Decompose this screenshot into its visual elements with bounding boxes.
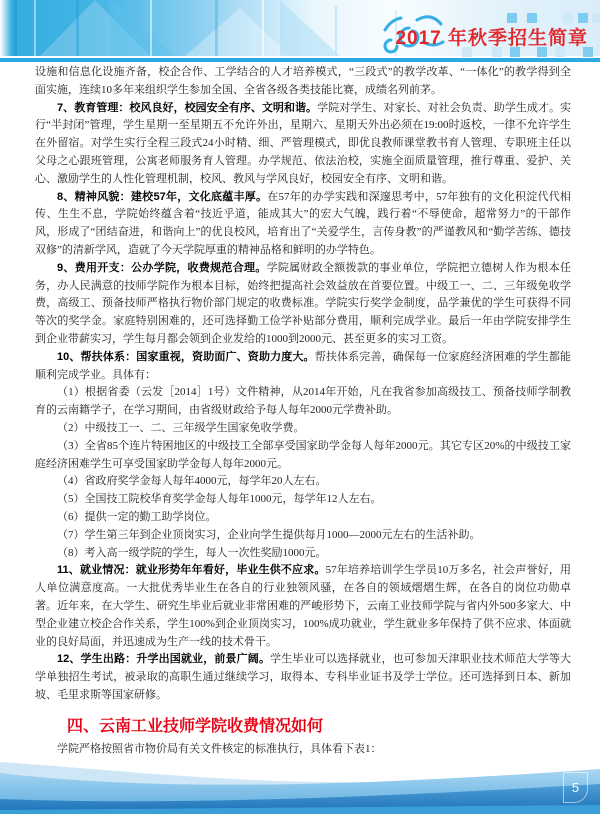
body-paragraphs: 设施和信息化设施齐备，校企合作、工学结合的人才培养模式，“三段式”的教学改革、“… — [35, 64, 571, 705]
paragraph: （7）学生第三年到企业顶岗实习，企业向学生提供每月1000—2000元左右的生活… — [35, 527, 571, 545]
paragraph-text: （2）中级技工一、二、三年级学生国家免收学费。 — [57, 422, 305, 434]
brochure-page: 2017 年秋季招生简章 设施和信息化设施齐备，校企合作、工学结合的人才培养模式… — [0, 0, 600, 814]
deco-square — [578, 13, 588, 23]
paragraph-text: 学院属财政全额拨款的事业单位，学院把立德树人作为根本任务，办人民满意的技师学院作… — [35, 262, 571, 345]
paragraph: （8）考入高一级学院的学生，每人一次性奖励1000元。 — [35, 545, 571, 563]
paragraph-text: （8）考入高一级学院的学生，每人一次性奖励1000元。 — [57, 547, 327, 559]
paragraph: 设施和信息化设施齐备，校企合作、工学结合的人才培养模式，“三段式”的教学改革、“… — [35, 64, 571, 100]
header-rule — [0, 58, 600, 62]
paragraph-lead: 7、教育管理：校风良好，校园安全有序、文明和谐。 — [57, 102, 317, 114]
paragraph-text: （7）学生第三年到企业顶岗实习，企业向学生提供每月1000—2000元左右的生活… — [57, 529, 481, 541]
paragraph: （1）根据省委（云发［2014］1号）文件精神，从2014年开始，凡在我省参加高… — [35, 384, 571, 420]
paragraph-text: 设施和信息化设施齐备，校企合作、工学结合的人才培养模式，“三段式”的教学改革、“… — [35, 66, 571, 96]
paragraph: 11、就业情况：就业形势年年看好，毕业生供不应求。57年培养培训学生学员10万多… — [35, 562, 571, 651]
deco-square — [592, 13, 600, 23]
paragraph: 8、精神风貌：建校57年，文化底蕴丰厚。在57年的办学实践和深邃思考中，57年独… — [35, 189, 571, 260]
paragraph: 12、学生出路：升学出国就业，前景广阔。学生毕业可以选择就业，也可参加天津职业技… — [35, 651, 571, 704]
section-heading: 四、云南工业技师学院收费情况如何 — [35, 713, 571, 736]
paragraph-lead: 12、学生出路：升学出国就业，前景广阔。 — [57, 653, 270, 665]
paragraph-text: 57年培养培训学生学员10万多名，社会声誉好，用人单位满意度高。一大批优秀毕业生… — [35, 564, 571, 647]
footer-wave — [0, 740, 600, 814]
paragraph-text: （6）提供一定的勤工助学岗位。 — [57, 511, 217, 523]
paragraph-lead: 11、就业情况：就业形势年年看好，毕业生供不应求。 — [57, 564, 326, 576]
page-header: 2017 年秋季招生简章 — [0, 0, 600, 63]
paragraph: 10、帮扶体系：国家重视，资助面广、资助力度大。帮扶体系完善，确保每一位家庭经济… — [35, 349, 571, 385]
paragraph-text: （5）全国技工院校华育奖学金每人每年1000元，每学年12人左右。 — [57, 493, 382, 505]
paragraph: 9、费用开支：公办学院，收费规范合理。学院属财政全额拨款的事业单位，学院把立德树… — [35, 260, 571, 349]
paragraph-text: 学院对学生、对家长、对社会负责、助学生成才。实行“半封闭”管理，学生星期一至星期… — [35, 102, 571, 185]
page-footer: 5 — [0, 740, 600, 814]
paragraph-text: （1）根据省委（云发［2014］1号）文件精神，从2014年开始，凡在我省参加高… — [35, 386, 571, 416]
page-number-box: 5 — [563, 772, 588, 803]
paragraph-lead: 8、精神风貌：建校57年，文化底蕴丰厚。 — [57, 191, 267, 203]
paragraph: （6）提供一定的勤工助学岗位。 — [35, 509, 571, 527]
paragraph: （4）省政府奖学金每人每年4000元，每学年20人左右。 — [35, 473, 571, 491]
deco-square — [527, 13, 537, 23]
paragraph-lead: 9、费用开支：公办学院，收费规范合理。 — [57, 262, 267, 274]
paragraph: （5）全国技工院校华育奖学金每人每年1000元，每学年12人左右。 — [35, 491, 571, 509]
paragraph: （3）全省85个连片特困地区的中级技工全部享受国家助学金每人每年2000元。其它… — [35, 438, 571, 474]
page-body: 设施和信息化设施齐备，校企合作、工学结合的人才培养模式，“三段式”的教学改革、“… — [35, 64, 571, 758]
paragraph: （2）中级技工一、二、三年级学生国家免收学费。 — [35, 420, 571, 438]
paragraph-text: （4）省政府奖学金每人每年4000元，每学年20人左右。 — [57, 475, 327, 487]
deco-square — [563, 13, 573, 23]
paragraph-lead: 10、帮扶体系：国家重视，资助面广、资助力度大。 — [57, 351, 315, 363]
paragraph: 7、教育管理：校风良好，校园安全有序、文明和谐。学院对学生、对家长、对社会负责、… — [35, 100, 571, 189]
deco-square — [507, 13, 517, 23]
page-number: 5 — [572, 780, 579, 795]
header-title: 2017 年秋季招生简章 — [395, 23, 588, 50]
paragraph-text: （3）全省85个连片特困地区的中级技工全部享受国家助学金每人每年2000元。其它… — [35, 440, 571, 470]
